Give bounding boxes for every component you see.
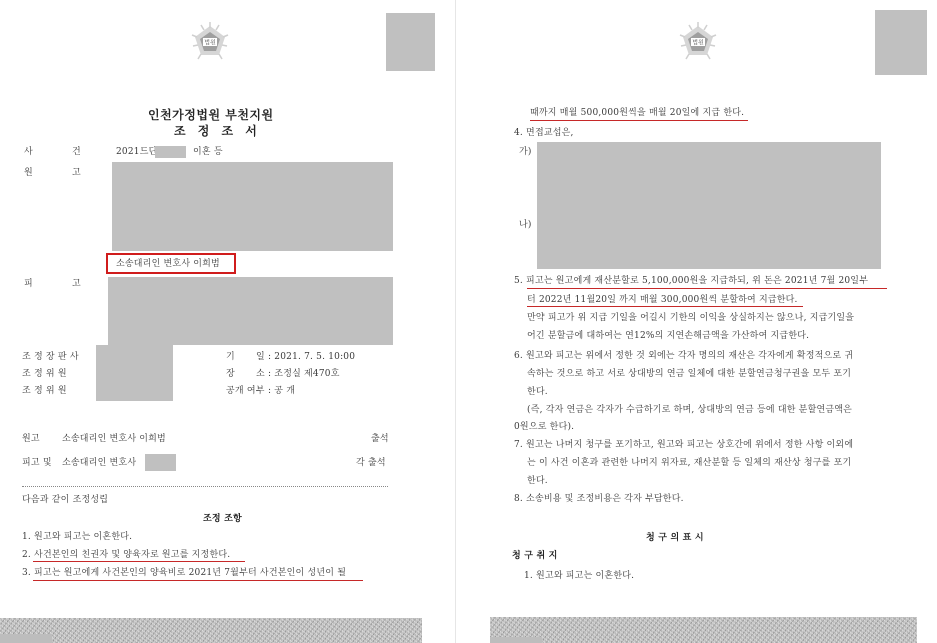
official-label: 조 정 위 원 [22,385,67,397]
court-seal-icon: 법원 [678,22,718,62]
scan-noise-footer [0,618,422,643]
term-item-5-line: 5. 피고는 원고에게 재산분할로 5,100,000원을 지급하되, 위 돈은… [514,275,868,287]
redacted-official-names [96,345,173,401]
term-continuation: 때까지 매월 500,000원씩을 매월 20일에 지급 한다. [530,107,744,119]
sub-item-b: 나) [519,219,532,231]
attendance-party: 원고 [22,433,40,445]
session-public: 공 개 [274,386,295,396]
term-item: 3. 피고는 원고에게 사건본인의 양육비로 2021년 7월부터 사건본인이 … [22,567,346,579]
term-item-7-line: 한다. [527,475,548,487]
attendance-party: 피고 및 [22,457,52,469]
case-label-a: 사 [24,146,33,158]
plaintiff-label-a: 원 [24,167,33,179]
term-item-6-line: 6. 원고와 피고는 위에서 정한 것 외에는 각자 명의의 재산은 각자에게 … [514,350,853,362]
official-label: 조 정 장 판 사 [22,351,79,363]
session-label-a: 공개 여부 [226,385,265,397]
document-page-2: 법원 때까지 매월 500,000원씩을 매월 20일에 지급 한다. 4. 면… [456,0,937,643]
underline [527,306,803,307]
claim-subheading: 청 구 취 지 [512,550,558,562]
defendant-label-b: 고 [72,278,81,290]
sub-item-a: 가) [519,146,532,158]
attendance-rep: 소송대리인 변호사 이희범 [62,433,166,445]
session-label-b: 일 [256,351,265,363]
intro-text: 다음과 같이 조정성립 [22,494,108,506]
document-page-1: 법원 인천가정법원 부천지원 조 정 조 서 사 건 2021드단 이혼 등 원… [0,0,455,643]
claim-heading: 청 구 의 표 시 [646,532,704,544]
case-label-b: 건 [72,146,81,158]
redacted-stamp [875,10,927,75]
document-title: 조 정 조 서 [174,122,261,139]
term-item-6-line: 0원으로 한다). [514,421,574,433]
term-item-7-line: 는 이 사건 이혼과 관련한 나머지 위자료, 재산분할 등 일체의 재산상 청… [527,457,851,469]
underline [530,120,748,121]
session-date: 2021. 7. 5. 10:00 [274,352,355,362]
defendant-label-a: 피 [24,278,33,290]
court-seal-icon: 법원 [190,22,230,62]
underline [33,580,363,581]
term-item-5-line: 만약 피고가 위 지급 기일을 어길시 기한의 이익을 상실하지는 않으나, 지… [527,312,854,324]
term-item-5-line: 터 2022년 11월20일 까지 매월 300,000원씩 분할하여 지급한다… [527,294,798,306]
underline [33,561,245,562]
svg-text:법원: 법원 [204,39,216,47]
session-label-a: 장 [226,368,235,380]
terms-heading: 조정 조항 [203,513,242,525]
redacted-stamp [386,13,435,71]
term-item-6-line: 한다. [527,386,548,398]
underline [527,288,887,289]
scan-noise-footer [490,617,917,643]
term-item-4: 4. 면접교섭은, [514,127,574,139]
attendance-status: 각 출석 [356,457,386,469]
case-number-prefix: 2021드단 [116,146,158,158]
redacted-attorney-name [145,454,176,471]
term-item-8: 8. 소송비용 및 조정비용은 각자 부담한다. [514,493,684,505]
term-item: 2. 사건본인의 친권자 및 양육자로 원고를 지정한다. [22,549,230,561]
attendance-rep: 소송대리인 변호사 [62,457,136,469]
attendance-status: 출석 [371,433,389,445]
plaintiff-label-b: 고 [72,167,81,179]
session-label-a: 기 [226,351,235,363]
case-type: 이혼 등 [193,146,223,158]
claim-item: 1. 원고와 피고는 이혼한다. [524,570,634,582]
term-item-7-line: 7. 원고는 나머지 청구를 포기하고, 원고와 피고는 상호간에 위에서 정한… [514,439,853,451]
term-item-6-line: (즉, 각자 연금은 각자가 수급하기로 하며, 상대방의 연금 등에 대한 분… [527,404,852,416]
redacted-visitation-terms [537,142,881,269]
term-item: 1. 원고와 피고는 이혼한다. [22,531,132,543]
term-item-5-line: 어긴 분할금에 대하여는 연12%의 지연손해금액을 가산하여 지급한다. [527,330,809,342]
redacted-defendant-info [108,277,393,345]
svg-text:법원: 법원 [692,39,704,47]
session-location: 조정실 제470호 [274,369,339,379]
redacted-plaintiff-info [112,162,393,251]
plaintiff-attorney: 소송대리인 변호사 이희범 [116,258,220,270]
section-divider [22,486,388,487]
session-label-b: 소 [256,368,265,380]
redacted-case-number [155,146,186,158]
term-item-6-line: 속하는 것으로 하고 서로 상대방의 연금 일체에 대한 분할연금청구권을 모두… [527,368,851,380]
official-label: 조 정 위 원 [22,368,67,380]
court-name: 인천가정법원 부천지원 [148,106,274,123]
